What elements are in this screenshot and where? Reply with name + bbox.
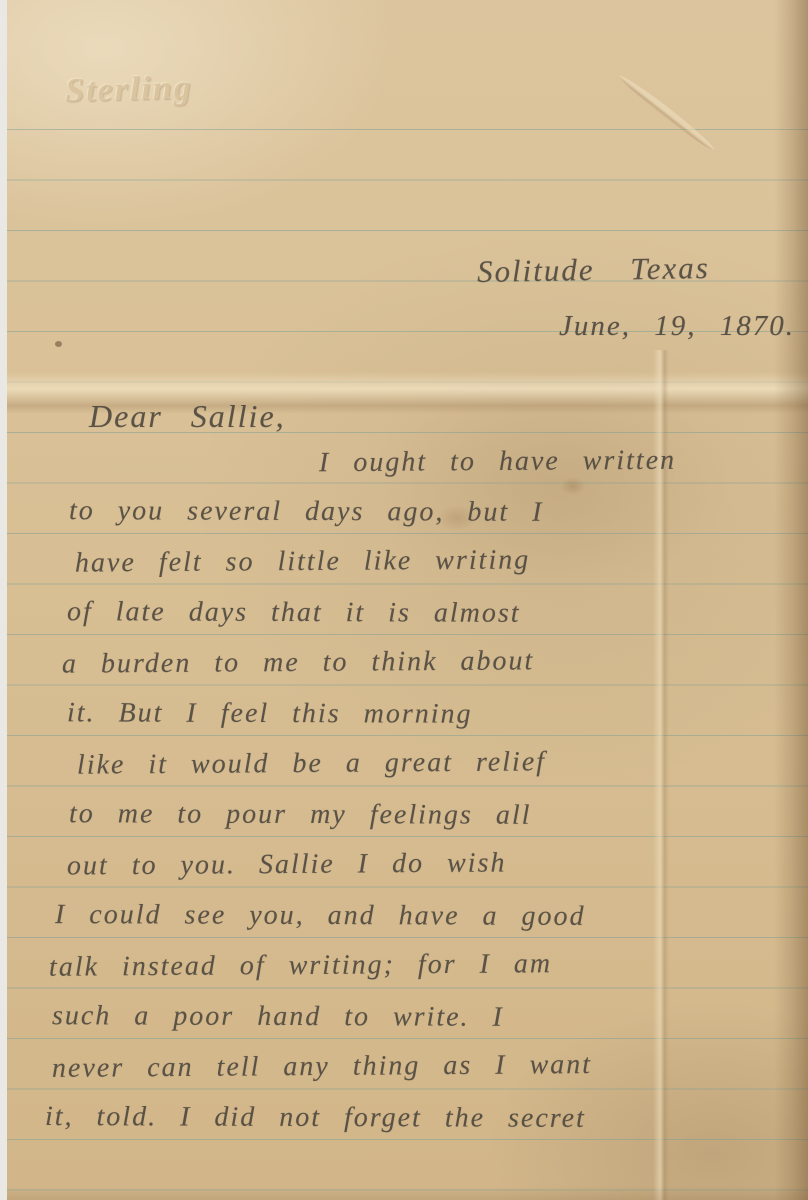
ink-speck <box>55 341 62 347</box>
body-line: like it would be a great relief <box>77 746 546 781</box>
body-line: I ought to have written <box>319 445 676 479</box>
stationer-emboss-stamp: Sterling <box>38 56 220 125</box>
body-line: never can tell any thing as I want <box>52 1049 592 1085</box>
body-line: to you several days ago, but I <box>69 495 544 529</box>
body-line: out to you. Sallie I do wish <box>67 847 507 882</box>
body-line: a burden to me to think about <box>62 645 534 680</box>
body-line: it. But I feel this morning <box>67 697 473 730</box>
paper-stain <box>560 477 586 495</box>
body-line: such a poor hand to write. I <box>52 1000 504 1034</box>
page-right-edge-shadow <box>774 0 808 1200</box>
body-line: it, told. I did not forget the secret <box>45 1101 586 1135</box>
body-line: I could see you, and have a good <box>55 899 586 933</box>
body-line: to me to pour my feelings all <box>69 798 532 832</box>
body-line: talk instead of writing; for I am <box>49 948 552 984</box>
letter-page: Sterling Solitude Texas June, 19, 1870. … <box>7 0 808 1200</box>
salutation: Dear Sallie, <box>89 398 286 435</box>
page-bottom-edge-shadow <box>7 1186 808 1200</box>
vertical-fold-crease <box>653 350 669 1200</box>
body-line: have felt so little like writing <box>75 544 530 579</box>
heading-date: June, 19, 1870. <box>559 310 795 343</box>
scanner-background: Sterling Solitude Texas June, 19, 1870. … <box>0 0 808 1200</box>
body-line: of late days that it is almost <box>67 596 521 630</box>
heading-place: Solitude Texas <box>477 250 710 290</box>
